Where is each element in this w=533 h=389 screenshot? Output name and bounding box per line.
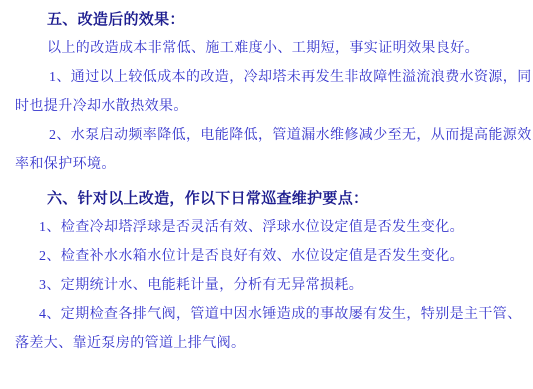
section-five-item-1: 1、通过以上较低成本的改造，冷却塔未再发生非故障性溢流浪费水资源，同时也提升冷却…: [15, 63, 533, 121]
section-six-heading: 六、针对以上改造，作以下日常巡查维护要点：: [47, 184, 533, 213]
section-six-item-1: 1、检查冷却塔浮球是否灵活有效、浮球水位设定值是否发生变化。: [15, 213, 533, 242]
section-six-item-4: 4、定期检查各排气阀，管道中因水锤造成的事故屡有发生，特别是主干管、落差大、靠近…: [15, 300, 533, 358]
section-six-item-3: 3、定期统计水、电能耗计量，分析有无异常损耗。: [15, 271, 533, 300]
section-five: 五、改造后的效果： 以上的改造成本非常低、施工难度小、工期短，事实证明效果良好。…: [15, 5, 533, 179]
section-five-intro-paragraph: 以上的改造成本非常低、施工难度小、工期短，事实证明效果良好。: [15, 34, 533, 63]
section-five-heading: 五、改造后的效果：: [47, 5, 533, 34]
section-five-item-2: 2、水泵启动频率降低，电能降低，管道漏水维修减少至无，从而提高能源效率和保护环境…: [15, 121, 533, 179]
section-six: 六、针对以上改造，作以下日常巡查维护要点： 1、检查冷却塔浮球是否灵活有效、浮球…: [15, 184, 533, 358]
section-six-item-2: 2、检查补水水箱水位计是否良好有效、水位设定值是否发生变化。: [15, 242, 533, 271]
document-page: 五、改造后的效果： 以上的改造成本非常低、施工难度小、工期短，事实证明效果良好。…: [0, 0, 533, 389]
